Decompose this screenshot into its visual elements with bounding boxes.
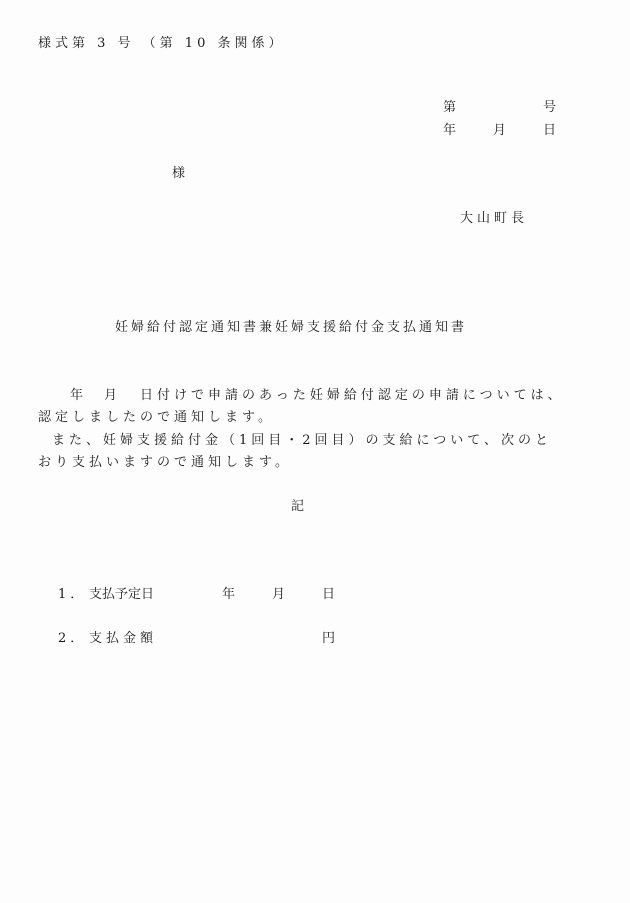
- item-label: 支払金額: [89, 632, 157, 645]
- body-year: 年: [70, 389, 83, 402]
- body-line4: おり支払いますので通知します。: [38, 456, 292, 469]
- item-unit: 円: [322, 632, 335, 645]
- item-label: 支払予定日: [89, 588, 154, 601]
- item-year: 年: [222, 588, 235, 601]
- item-number: 1．: [58, 588, 87, 601]
- form-number: 様式第 3 号 （第 10 条関係）: [38, 37, 285, 50]
- body-line1: 日付けで申請のあった妊婦給付認定の申請については、: [140, 389, 565, 402]
- body-month: 月: [104, 389, 117, 402]
- date-month: 月: [493, 124, 506, 137]
- item-day: 日: [322, 588, 335, 601]
- reference-dai: 第: [443, 101, 456, 114]
- date-year: 年: [443, 124, 456, 137]
- item-month: 月: [272, 588, 285, 601]
- body-line2: 認定しましたので通知します。: [38, 411, 275, 424]
- item-number: 2．: [58, 632, 87, 645]
- reference-go: 号: [543, 101, 556, 114]
- body-line3: また、妊婦支援給付金（1回目・2回目）の支給について、次のと: [52, 434, 552, 447]
- issuer-name: 大山町長: [460, 212, 528, 225]
- recipient-suffix: 様: [172, 167, 185, 180]
- ki-heading: 記: [291, 500, 304, 513]
- document-title: 妊婦給付認定通知書兼妊婦支援給付金支払通知書: [115, 321, 467, 334]
- date-day: 日: [543, 124, 556, 137]
